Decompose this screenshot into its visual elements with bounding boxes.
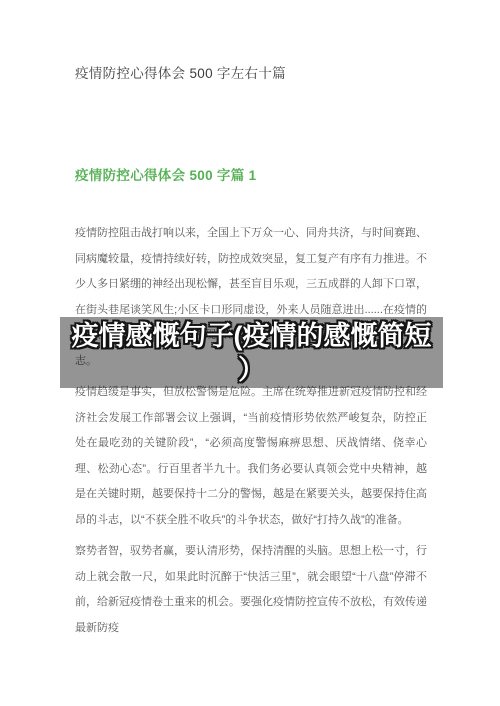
watermark-title-overlay: 疫情感慨句子(疫情的感慨简短 ） — [60, 317, 443, 388]
article-page: 疫情防控心得体会 500 字左右十篇 疫情防控心得体会 500 字篇 1 疫情防… — [0, 0, 500, 706]
paragraph-2: 疫情趋缓是事实，但放松警惕是危险。主席在统筹推进新冠疫情防控和经济社会发展工作部… — [75, 380, 427, 533]
overlay-title-line1: 疫情感慨句子(疫情的感慨简短 — [72, 319, 432, 353]
overlay-title-line2: ） — [238, 353, 265, 387]
paragraph-3: 察势者智，驭势者赢，要认清形势，保持清醒的头脑。思想上松一寸，行动上就会散一尺，… — [75, 539, 427, 641]
article-body: 疫情防控阻击战打响以来，全国上下万众一心、同舟共济，与时间赛跑、同病魔较量，疫情… — [75, 221, 427, 647]
document-title: 疫情防控心得体会 500 字左右十篇 — [75, 62, 427, 82]
section-heading: 疫情防控心得体会 500 字篇 1 — [75, 164, 427, 184]
